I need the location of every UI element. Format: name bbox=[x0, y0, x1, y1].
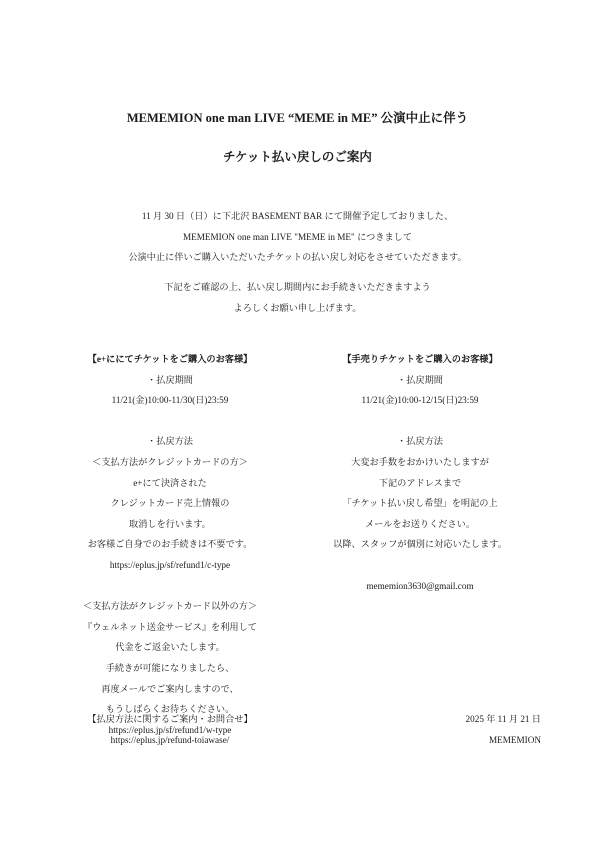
hand-sale-section: 【手売りチケットをご購入のお客様】 ・払戻期間 11/21(金)10:00-12… bbox=[290, 349, 550, 596]
period-value: 11/21(金)10:00-11/30(日)23:59 bbox=[40, 390, 300, 411]
title-line-2: チケット払い戻しのご案内 bbox=[0, 147, 595, 165]
signature-block: 2025 年 11 月 21 日 MEMEMION bbox=[466, 709, 541, 751]
intro-line: 下記をご確認の上、払い戻し期間内にお手続きいただきますよう bbox=[0, 277, 595, 298]
method-line: メールをお送りください。 bbox=[290, 514, 550, 535]
credit-refund-link[interactable]: https://eplus.jp/sf/refund1/c-type bbox=[40, 555, 300, 576]
intro-line: よろしくお願い申し上げます。 bbox=[0, 298, 595, 319]
period-label: ・払戻期間 bbox=[40, 370, 300, 391]
method-line: クレジットカード売上情報の bbox=[40, 493, 300, 514]
contact-heading: 【払戻方法に関するご案内・お問合せ】 bbox=[40, 709, 300, 730]
method-line: ＜支払方法がクレジットカード以外の方＞ bbox=[40, 596, 300, 617]
title-line-1: MEMEMION one man LIVE “MEME in ME” 公演中止に… bbox=[0, 108, 595, 126]
intro-line: 11 月 30 日（日）に下北沢 BASEMENT BAR にて開催予定しており… bbox=[0, 206, 595, 227]
section-heading: 【手売りチケットをご購入のお客様】 bbox=[290, 349, 550, 370]
method-line: 以降、スタッフが個別に対応いたします。 bbox=[290, 534, 550, 555]
method-line: 大変お手数をおかけいたしますが bbox=[290, 452, 550, 473]
issue-date: 2025 年 11 月 21 日 bbox=[466, 709, 541, 730]
method-line: 代金をご返金いたします。 bbox=[40, 637, 300, 658]
contact-link[interactable]: https://eplus.jp/refund-toiawase/ bbox=[40, 730, 300, 751]
signature: MEMEMION bbox=[466, 730, 541, 751]
intro-line: 公演中止に伴いご購入いただいたチケットの払い戻し対応をさせていただきます。 bbox=[0, 247, 595, 268]
method-line: 再度メールでご案内しますので、 bbox=[40, 679, 300, 700]
method-line: 手続きが可能になりましたら、 bbox=[40, 658, 300, 679]
intro-paragraph-2: 下記をご確認の上、払い戻し期間内にお手続きいただきますよう よろしくお願い申し上… bbox=[0, 277, 595, 318]
method-label: ・払戻方法 bbox=[290, 431, 550, 452]
method-line: e+にて決済された bbox=[40, 473, 300, 494]
contact-block: 【払戻方法に関するご案内・お問合せ】 https://eplus.jp/refu… bbox=[40, 709, 300, 751]
intro-line: MEMEMION one man LIVE "MEME in ME" につきまし… bbox=[0, 227, 595, 248]
contact-email[interactable]: mememion3630@gmail.com bbox=[290, 576, 550, 597]
section-heading: 【e+ににてチケットをご購入のお客様】 bbox=[40, 349, 300, 370]
method-line: ＜支払方法がクレジットカードの方＞ bbox=[40, 452, 300, 473]
method-line: 下記のアドレスまで bbox=[290, 473, 550, 494]
intro-paragraph: 11 月 30 日（日）に下北沢 BASEMENT BAR にて開催予定しており… bbox=[0, 206, 595, 268]
period-value: 11/21(金)10:00-12/15(日)23:59 bbox=[290, 390, 550, 411]
method-line: 取消しを行います。 bbox=[40, 514, 300, 535]
eplus-section: 【e+ににてチケットをご購入のお客様】 ・払戻期間 11/21(金)10:00-… bbox=[40, 349, 300, 740]
method-line: 「チケット払い戻し希望」を明記の上 bbox=[290, 493, 550, 514]
method-label: ・払戻方法 bbox=[40, 431, 300, 452]
method-line: お客様ご自身でのお手続きは不要です。 bbox=[40, 534, 300, 555]
period-label: ・払戻期間 bbox=[290, 370, 550, 391]
method-line: 『ウェルネット送金サービス』を利用して bbox=[40, 617, 300, 638]
